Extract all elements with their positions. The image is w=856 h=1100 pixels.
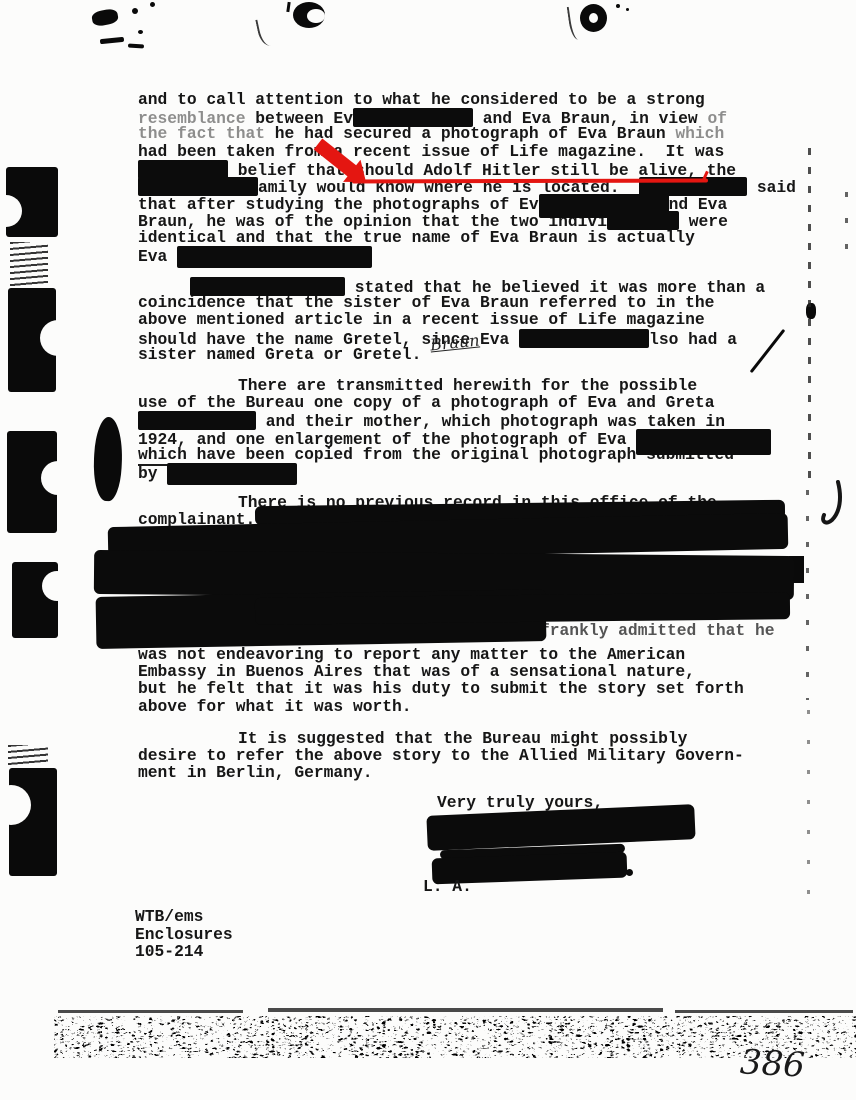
ink-dash — [286, 2, 290, 12]
inline-redaction — [138, 411, 256, 430]
text-line: above for what it was worth. — [138, 698, 744, 715]
bottom-rule-segment — [58, 1010, 243, 1013]
text-line: and their mother, which photograph was t… — [138, 411, 771, 428]
red-arrow-icon — [310, 138, 370, 186]
text-run: but he felt that it was his duty to subm… — [138, 679, 744, 698]
text-line: was not endeavoring to report any matter… — [138, 646, 744, 663]
right-margin-dashes — [807, 710, 810, 900]
ink-speck — [626, 8, 629, 11]
text-line: 1924, and one enlargement of the photogr… — [138, 429, 771, 446]
text-line: had been taken from a recent issue of Li… — [138, 143, 796, 160]
text-run: by — [138, 464, 167, 483]
text-line: It is suggested that the Bureau might po… — [138, 730, 744, 747]
torn-edge-noise-band — [54, 1016, 856, 1063]
enclosures-note: Enclosures — [135, 925, 233, 943]
text-run: said — [747, 178, 796, 197]
text-run: Eva — [138, 247, 177, 266]
ink-speck — [616, 4, 620, 8]
hole-punch-notch — [40, 320, 76, 356]
typist-initials: WTB/ems — [135, 907, 233, 925]
inline-redaction — [353, 108, 473, 127]
hole-punch-mark-4 — [12, 562, 58, 638]
faint-revealed-text: frankly admitted that he — [540, 621, 775, 640]
text-run: It is suggested that the Bureau might po… — [238, 729, 687, 748]
inline-redaction — [138, 160, 228, 179]
inline-redaction — [138, 177, 258, 196]
text-line: There are transmitted herewith for the p… — [138, 377, 771, 394]
paragraph-1: and to call attention to what he conside… — [138, 91, 796, 263]
text-run: above mentioned article in a recent issu… — [138, 310, 705, 329]
faded-text-run: the fact that — [138, 124, 265, 143]
ink-blot-left — [92, 416, 124, 501]
c-mark-opening — [307, 9, 325, 23]
right-margin-dashes — [808, 148, 811, 478]
hole-punch-notch — [0, 785, 31, 825]
c-shaped-ink-mark — [293, 2, 325, 28]
hole-punch-mark-3 — [7, 431, 57, 533]
text-run: and to call attention — [138, 90, 353, 109]
hole-punch-notch — [41, 461, 75, 495]
paragraph-5: was not endeavoring to report any matter… — [138, 646, 744, 715]
text-run: above for what it was worth. — [138, 697, 412, 716]
text-line: but he felt that it was his duty to subm… — [138, 680, 744, 697]
bottom-rule-segment — [675, 1010, 853, 1013]
pen-j-mark — [818, 480, 848, 528]
pen-arc-mark — [255, 17, 276, 48]
text-line: above mentioned article in a recent issu… — [138, 311, 765, 328]
text-line: Embassy in Buenos Aires that was of a se… — [138, 663, 744, 680]
text-run: Bureau one copy of a photograph of Eva a… — [236, 393, 715, 412]
text-run: sister named Greta or Gretel. — [138, 345, 421, 364]
ink-dash — [128, 43, 144, 48]
inline-redaction — [167, 463, 297, 485]
hole-punch-mark-2 — [8, 288, 56, 392]
text-line: stated that he believed it was more than… — [138, 277, 765, 294]
text-line: desire to refer the above story to the A… — [138, 747, 744, 764]
ink-speck — [150, 2, 155, 7]
text-line: the fact that he had secured a photograp… — [138, 125, 796, 142]
o-shaped-ink-mark — [580, 4, 607, 32]
text-line: ment in Berlin, Germany. — [138, 764, 744, 781]
ink-speck — [132, 8, 138, 14]
document-page: and to call attention to what he conside… — [0, 0, 856, 1100]
text-run: was not endeavoring to report any matter… — [138, 645, 685, 664]
text-line: Eva — [138, 246, 796, 263]
text-line: and to call attention to what he conside… — [138, 91, 796, 108]
faded-text-run: which — [675, 124, 724, 143]
text-line: resemblance between Ev and Eva Braun, in… — [138, 108, 796, 125]
text-run: had been taken from a recent issue of Li… — [138, 142, 724, 161]
ink-dash — [100, 37, 124, 44]
text-line: by — [138, 463, 771, 480]
text-line: Braun, he was of the opinion that the tw… — [138, 211, 796, 228]
right-margin-dashes — [806, 490, 809, 700]
file-number: 105-214 — [135, 942, 233, 960]
text-run: coincidence that the sister of Eva Braun… — [138, 293, 714, 312]
handwritten-page-number: 386 — [739, 1042, 806, 1085]
hole-punch-notch — [0, 195, 22, 227]
hole-punch-mark-5 — [9, 768, 57, 876]
signature-initials: L. A. — [423, 877, 472, 896]
hole-punch-notch — [42, 571, 72, 601]
text-run: considered to be a strong — [451, 90, 705, 109]
text-run: lso had a — [649, 330, 737, 349]
block-redaction-bar — [255, 592, 790, 625]
paragraph-3: There are transmitted herewith for the p… — [138, 377, 771, 480]
text-run: ment in Berlin, Germany. — [138, 763, 373, 782]
bottom-rule-segment — [268, 1008, 663, 1012]
margin-streak-1 — [10, 242, 48, 286]
footer-block: WTB/ems Enclosures 105-214 — [135, 907, 233, 960]
text-line: belief that should Adolf Hitler still be… — [138, 160, 796, 177]
text-run: desire to refer the above story to the A… — [138, 746, 744, 765]
inline-redaction — [190, 277, 345, 296]
text-line: coincidence that the sister of Eva Braun… — [138, 294, 765, 311]
text-run: identical and that the true name of Eva … — [138, 228, 695, 247]
inline-redaction — [636, 429, 771, 455]
text-run: Embassy in Buenos Aires that was of a se… — [138, 662, 695, 681]
margin-streak-2 — [8, 745, 48, 765]
text-line: use of the Bureau one copy of a photogra… — [138, 394, 771, 411]
text-line: that after studying the photographs of E… — [138, 194, 796, 211]
signature-redaction-bar — [626, 869, 633, 876]
paragraph-6: It is suggested that the Bureau might po… — [138, 730, 744, 782]
inline-redaction — [177, 246, 372, 268]
hole-punch-mark-1 — [6, 167, 58, 237]
ink-speck — [138, 30, 143, 34]
right-margin-dashes — [845, 192, 848, 267]
text-run: There are transmitted herewith for the p… — [238, 376, 697, 395]
inline-redaction — [519, 329, 649, 348]
inline-redaction — [607, 211, 679, 230]
ink-speck — [91, 8, 119, 27]
